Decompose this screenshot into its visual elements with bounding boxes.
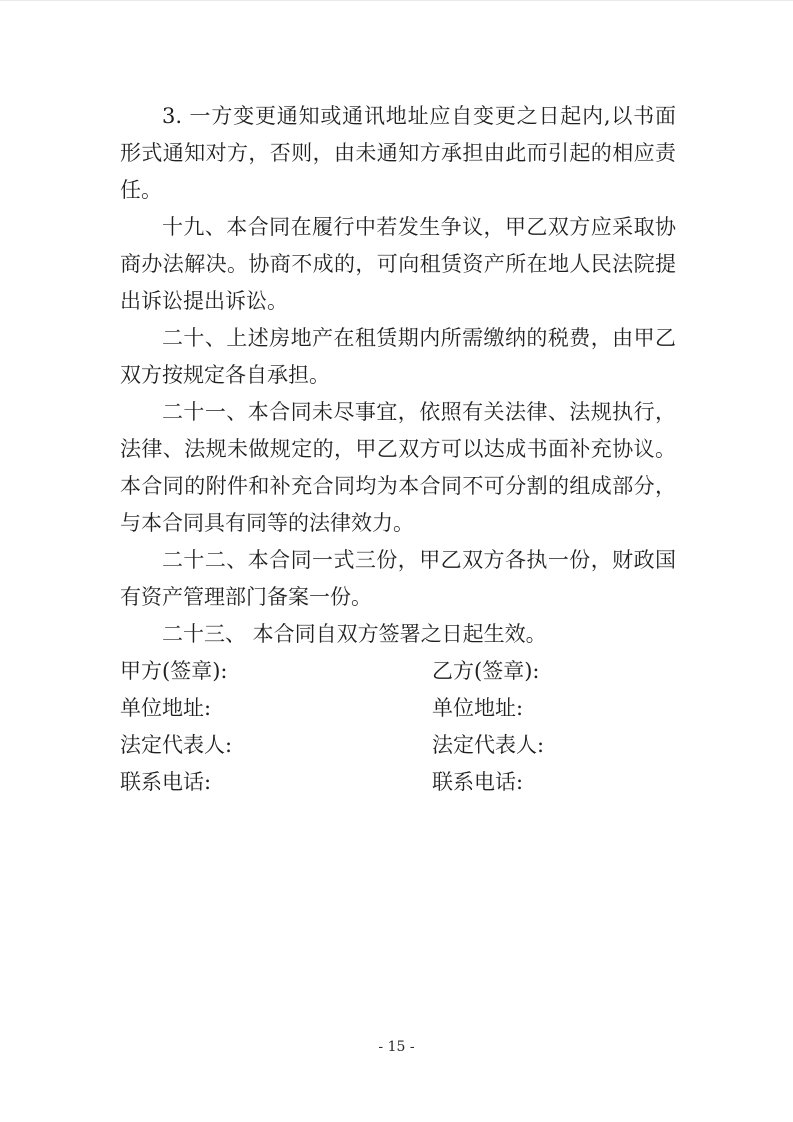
page-footer: - 15 - (0, 1038, 793, 1056)
contract-text: 3. 一方变更通知或通讯地址应自变更之日起内,以书面形式通知对方，否则，由未通知… (120, 98, 676, 801)
signature-row: 联系电话: 联系电话: (120, 764, 676, 801)
party-a-representative-label: 法定代表人: (120, 727, 432, 764)
page-number: - 15 - (378, 1039, 414, 1055)
party-a-address-label: 单位地址: (120, 690, 432, 727)
clause-3-change-of-notice: 3. 一方变更通知或通讯地址应自变更之日起内,以书面形式通知对方，否则，由未通知… (120, 98, 676, 209)
clause-21-supplementary-agreement: 二十一、本合同未尽事宜，依照有关法律、法规执行，法律、法规未做规定的，甲乙双方可… (120, 394, 676, 542)
clause-19-dispute-resolution: 十九、本合同在履行中若发生争议，甲乙双方应采取协商办法解决。协商不成的，可向租赁… (120, 209, 676, 320)
party-b-representative-label: 法定代表人: (432, 727, 676, 764)
party-b-seal-label: 乙方(签章): (432, 653, 676, 690)
signature-row: 甲方(签章): 乙方(签章): (120, 653, 676, 690)
page-top-edge (0, 0, 793, 1)
signature-block: 甲方(签章): 乙方(签章): 单位地址: 单位地址: 法定代表人: 法定代表人… (120, 653, 676, 801)
signature-row: 法定代表人: 法定代表人: (120, 727, 676, 764)
clause-23-effectiveness: 二十三、 本合同自双方签署之日起生效。 (120, 616, 676, 653)
party-a-phone-label: 联系电话: (120, 764, 432, 801)
party-b-address-label: 单位地址: (432, 690, 676, 727)
clause-20-taxes: 二十、上述房地产在租赁期内所需缴纳的税费，由甲乙双方按规定各自承担。 (120, 320, 676, 394)
clause-22-copies: 二十二、本合同一式三份，甲乙双方各执一份，财政国有资产管理部门备案一份。 (120, 542, 676, 616)
party-b-phone-label: 联系电话: (432, 764, 676, 801)
signature-row: 单位地址: 单位地址: (120, 690, 676, 727)
party-a-seal-label: 甲方(签章): (120, 653, 432, 690)
